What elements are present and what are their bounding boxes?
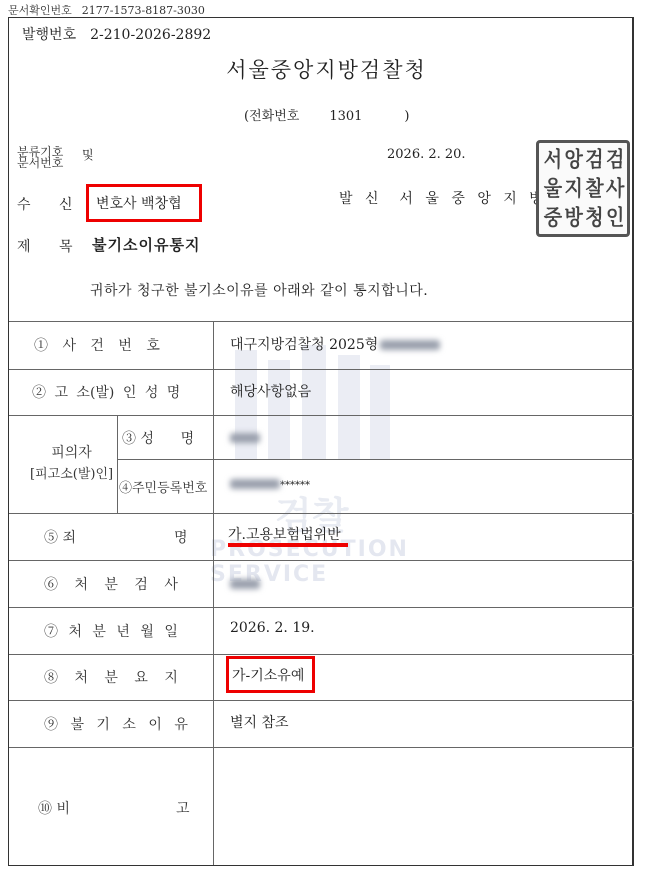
case-number-label: ① 사 건 번 호 bbox=[34, 335, 160, 355]
issue-number: 발행번호2-210-2026-2892 bbox=[22, 24, 211, 44]
disposition-summary-highlight-box bbox=[226, 656, 315, 693]
sub-column-divider bbox=[117, 415, 118, 513]
official-seal-stamp: 서앙검검울지찰사중방청인 bbox=[536, 140, 630, 237]
seal-character: 찰 bbox=[584, 174, 604, 205]
disposition-date-value: 2026. 2. 19. bbox=[230, 620, 315, 636]
classification-line2: 문서번호 bbox=[17, 158, 63, 169]
row-divider bbox=[9, 700, 634, 701]
reason-value: 별지 참조 bbox=[230, 712, 289, 732]
document-confirm-label: 문서확인번호 bbox=[8, 4, 72, 17]
row-divider bbox=[9, 654, 634, 655]
seal-character: 인 bbox=[604, 203, 624, 234]
seal-character: 사 bbox=[604, 174, 624, 205]
reason-label: ⑨ 불 기 소 이 유 bbox=[44, 714, 188, 734]
subject-value: 불기소이유통지 bbox=[92, 234, 200, 255]
case-number-text: 대구지방검찰청 2025형 bbox=[230, 337, 378, 353]
seal-character: 중 bbox=[542, 203, 562, 234]
document-confirm-value: 2177-1573-8187-3030 bbox=[82, 4, 205, 17]
classification-and: 및 bbox=[82, 146, 94, 163]
case-number-value: 대구지방검찰청 2025형 bbox=[230, 334, 440, 354]
phone-number: (전화번호1301) bbox=[244, 105, 409, 124]
seal-character: 서 bbox=[542, 145, 562, 176]
suspect-group-label: 피의자 [피고소(발)인] bbox=[30, 442, 113, 486]
charge-value: 가.고용보험법위반 bbox=[228, 524, 341, 544]
intro-text: 귀하가 청구한 불기소이유를 아래와 같이 통지합니다. bbox=[90, 280, 428, 300]
seal-character: 검 bbox=[604, 145, 624, 176]
org-title: 서울중앙지방검찰청 bbox=[0, 54, 653, 84]
seal-character: 지 bbox=[563, 174, 583, 205]
seal-character: 앙 bbox=[563, 145, 583, 176]
document-date: 2026. 2. 20. bbox=[387, 147, 466, 162]
phone-value: 1301 bbox=[329, 109, 362, 124]
redacted-resident-number bbox=[230, 479, 280, 489]
suspect-group-line1: 피의자 bbox=[30, 442, 113, 464]
row-divider bbox=[9, 607, 634, 608]
resident-number-mask: ****** bbox=[280, 480, 310, 491]
prosecutor-value bbox=[230, 576, 260, 592]
seal-character: 청 bbox=[584, 203, 604, 234]
seal-character: 방 bbox=[563, 203, 583, 234]
suspect-name-value bbox=[230, 430, 260, 446]
issue-value: 2-210-2026-2892 bbox=[90, 27, 211, 43]
complainant-value: 해당사항없음 bbox=[230, 381, 311, 401]
resident-number-label: ④주민등록번호 bbox=[119, 477, 207, 496]
row-divider bbox=[9, 513, 634, 514]
redacted-prosecutor bbox=[230, 579, 260, 589]
remarks-label-left: ⑩ 비 bbox=[38, 798, 70, 818]
charge-label-right: 명 bbox=[174, 527, 188, 547]
row-divider bbox=[117, 459, 633, 460]
redacted-case-number bbox=[380, 340, 440, 350]
recipient-highlight-box bbox=[86, 184, 202, 222]
prosecutor-label: ⑥ 처 분 검 사 bbox=[44, 574, 178, 594]
subject-label: 제 목 bbox=[17, 236, 73, 256]
suspect-name-label: ③ 성 명 bbox=[122, 428, 194, 448]
charge-highlight-underline bbox=[228, 543, 348, 547]
charge-label-left: ⑤ 죄 bbox=[44, 527, 76, 547]
resident-number-value: ****** bbox=[230, 476, 310, 492]
row-divider bbox=[9, 560, 634, 561]
issue-label: 발행번호 bbox=[22, 27, 76, 43]
suspect-group-line2: [피고소(발)인] bbox=[30, 464, 113, 486]
row-divider bbox=[9, 415, 633, 416]
row-divider bbox=[9, 369, 633, 370]
phone-label: (전화번호 bbox=[244, 109, 299, 124]
column-divider bbox=[213, 321, 214, 865]
classification-label: 분류기호 문서번호 bbox=[17, 147, 63, 169]
seal-character: 울 bbox=[542, 174, 562, 205]
phone-close: ) bbox=[404, 109, 409, 124]
complainant-label: ② 고 소(발) 인 성 명 bbox=[32, 382, 180, 402]
row-divider bbox=[9, 747, 634, 748]
redacted-suspect-name bbox=[230, 433, 260, 443]
remarks-label-right: 고 bbox=[176, 798, 190, 818]
disposition-date-label: ⑦ 처 분 년 월 일 bbox=[44, 621, 178, 641]
sender-label: 발 신 bbox=[339, 191, 383, 207]
seal-character: 검 bbox=[584, 145, 604, 176]
document-confirm-number: 문서확인번호2177-1573-8187-3030 bbox=[8, 2, 205, 18]
disposition-summary-label: ⑧ 처 분 요 지 bbox=[44, 667, 178, 687]
table-top-border bbox=[9, 321, 633, 322]
recipient-label: 수 신 bbox=[17, 194, 73, 214]
